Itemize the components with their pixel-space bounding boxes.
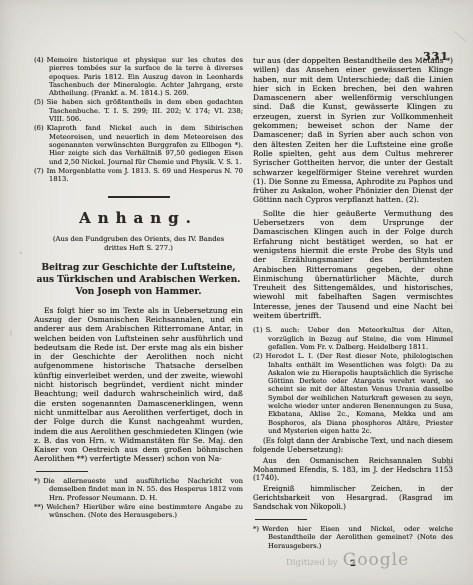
- footnote-marker: (4): [34, 56, 47, 64]
- footnote-marker: (1): [253, 326, 266, 334]
- article-body-right-2: Sollte die hier geäußerte Vermuthung des…: [253, 209, 453, 321]
- google-watermark: Digitized by Google: [286, 550, 409, 570]
- footnote-1: (1)S. auch: Ueber den Meteorkultus der A…: [253, 326, 453, 351]
- footnote-separator-rule: [255, 519, 307, 521]
- footnotes-bottom-block: *)Die allerneueste und ausführliche Nach…: [34, 477, 243, 519]
- annals-citation: Aus den Osmanischen Reichsannalen Subhi …: [253, 457, 453, 483]
- scan-speck: [447, 461, 451, 466]
- footnote-text: S. auch: Ueber den Meteorkultus der Alte…: [266, 326, 453, 351]
- footnote-marker: (5): [34, 98, 47, 106]
- left-column: (4)Memoire historique et physique sur le…: [34, 56, 243, 569]
- footnote-text: Werden hier Eisen und Nickel, oder welch…: [262, 525, 453, 550]
- footnote-separator-rule: [36, 471, 88, 473]
- footnote-text: Im Morgenblatte vom J. 1813. S. 69 und H…: [47, 167, 243, 183]
- section-divider-rule: [108, 196, 170, 198]
- scan-speck: [10, 330, 12, 336]
- footnotes-top-block: (4)Memoire historique et physique sur le…: [34, 56, 243, 183]
- footnote-text: Herodot L. I. (Der Rest dieser Note, phi…: [266, 352, 453, 435]
- right-column: tur aus (der doppelten Bestandtheile des…: [253, 56, 453, 569]
- footnote-5: (5)Sie haben sich größtentheils in dem e…: [34, 98, 243, 123]
- scan-speck: [455, 301, 457, 303]
- footnotes-right-block: (1)S. auch: Ueber den Meteorkultus der A…: [253, 326, 453, 435]
- footnote-marker: *): [253, 525, 262, 533]
- footnote-double-star: **)Welchen? Hierüber wäre eine bestimmte…: [34, 503, 243, 520]
- footnote-text: Sie haben sich größtentheils in dem eben…: [47, 98, 243, 123]
- scan-speck: [443, 193, 447, 195]
- footnote-4: (4)Memoire historique et physique sur le…: [34, 56, 243, 97]
- article-body-left: Es folgt hier so im Texte als in Ueberse…: [34, 306, 243, 464]
- event-heading: Ereigniß himmlischer Zeichen, in der Ger…: [253, 485, 453, 511]
- footnote-7: (7)Im Morgenblatte vom J. 1813. S. 69 un…: [34, 167, 243, 184]
- footnote-text: Die allerneueste und ausführliche Nachri…: [43, 477, 243, 502]
- scan-corner-mark: [454, 31, 467, 42]
- editorial-note: (Es folgt dann der Arabische Text, und n…: [253, 437, 453, 455]
- footnote-marker: **): [34, 503, 46, 511]
- source-line: (Aus den Fundgruben des Orients, des IV.…: [48, 235, 229, 252]
- footnote-text: Klaproth fand Nickel auch in dem Sibiris…: [47, 124, 243, 165]
- footnote-star: *)Die allerneueste und ausführliche Nach…: [34, 477, 243, 502]
- footnote-marker: (2): [253, 352, 266, 360]
- footnote-marker: (6): [34, 124, 47, 132]
- footnote-text: Welchen? Hierüber wäre eine bestimmtere …: [46, 503, 243, 519]
- footnote-star-right: *)Werden hier Eisen und Nickel, oder wel…: [253, 525, 453, 550]
- footnote-text: Memoire historique et physique sur les c…: [47, 56, 243, 97]
- footnote-marker: (7): [34, 167, 47, 175]
- footnote-marker: *): [34, 477, 43, 485]
- watermark-prefix: Digitized by: [286, 558, 338, 568]
- article-title: Beitrag zur Geschichte der Luftsteine, a…: [36, 262, 241, 298]
- two-column-layout: (4)Memoire historique et physique sur le…: [34, 56, 453, 569]
- article-body-right-1: tur aus (der doppelten Bestandtheile des…: [253, 56, 453, 205]
- footnote-2: (2)Herodot L. I. (Der Rest dieser Note, …: [253, 352, 453, 435]
- scan-speck: [20, 252, 22, 254]
- scanned-book-page: 331 (4)Memoire historique et physique su…: [0, 0, 473, 585]
- appendix-heading: Anhang.: [34, 209, 243, 227]
- google-logo-text: Google: [343, 550, 409, 570]
- footnote-6: (6)Klaproth fand Nickel auch in dem Sibi…: [34, 124, 243, 165]
